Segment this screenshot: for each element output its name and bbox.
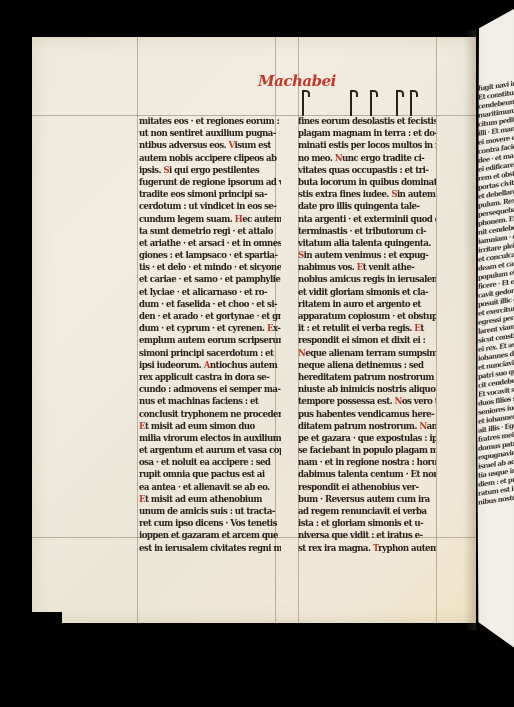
ruling-line-right-inner (436, 37, 437, 623)
text-line: no meo. Nunc ergo tradite ci- (298, 152, 436, 165)
text-line: Neque alienam terram sumpsimus (298, 347, 436, 360)
rubricated-initial: S (163, 165, 169, 176)
rubricated-initial: V (229, 141, 235, 152)
ascender-stroke (370, 92, 372, 116)
text-line: minati estis per locos multos in reg- (298, 140, 436, 153)
ruling-line-left-outer (137, 37, 138, 623)
text-line: st rex ira magna. Tryphon autem (298, 542, 436, 555)
rubricated-initial: N (419, 421, 426, 432)
rubricated-initial: N (335, 153, 342, 164)
text-line: simoni principi sacerdotum : et (139, 347, 281, 360)
text-line: niversa que vidit : et iratus e- (298, 530, 436, 543)
text-line: emplum autem eorum scripserunt (139, 335, 281, 348)
text-line: nobius amicus regis in ierusalem (298, 274, 436, 287)
facing-page-text: fugit navi in orthosiada.Et constituit r… (478, 79, 514, 525)
rubricated-initial: N (298, 348, 305, 359)
text-line: conclusit tryphonem ne procederet. (139, 408, 281, 421)
rubricated-initial: A (204, 360, 210, 371)
text-line: autem nobis accipere clipeos ab (139, 152, 281, 165)
rubricated-initial: N (395, 397, 402, 408)
rubricated-initial: S (391, 190, 397, 201)
text-line: ntibus adversus eos. Visum est (139, 140, 281, 153)
ascender-stroke (410, 92, 412, 116)
text-line: nta argenti · et exterminii quod ex- (298, 213, 436, 226)
rubricated-initial: E (357, 263, 363, 274)
text-line: pus habentes vendicamus here- (298, 408, 436, 421)
text-line: dabimus talenta centum · Et non (298, 469, 436, 482)
text-line: est in ierusalem civitates regni mei. (139, 542, 281, 555)
text-line: date pro illis quingenta tale- (298, 201, 436, 214)
text-line: tempore possessa est. Nos vero tem- (298, 396, 436, 409)
rubricated-initial: T (373, 543, 378, 554)
text-line: cundum legem suam. Hec autem scrip- (139, 213, 281, 226)
gutter-shadow (464, 30, 476, 630)
rubricated-initial: E (267, 324, 273, 335)
text-column-left: mitates eos · et regiones eorum : etut n… (139, 116, 281, 555)
rubricated-initial: H (235, 214, 243, 225)
text-column-right: fines eorum desolastis et fecistisplagam… (298, 116, 436, 555)
ascender-stroke (302, 92, 304, 116)
text-line: respondit ei simon et dixit ei : (298, 335, 436, 348)
text-line: rupit omnia que pactus est ai (139, 469, 281, 482)
text-line: cerdotum : ut vindicet in eos se- (139, 201, 281, 214)
ascender-flourishes (298, 92, 438, 118)
ascender-stroke (396, 92, 398, 116)
rubricated-initial: E (139, 421, 145, 432)
text-line: nus et machinas faciens : et (139, 396, 281, 409)
rubricated-initial: S (298, 251, 304, 262)
rubricated-initial: E (139, 494, 145, 505)
text-line: ioppen et gazaram et arcem que (139, 530, 281, 543)
running-head: Machabei (258, 72, 336, 90)
rubricated-initial: E (414, 324, 420, 335)
ascender-stroke (350, 92, 352, 116)
text-line: et cariae · et samo · et pamphylie · (139, 274, 281, 287)
